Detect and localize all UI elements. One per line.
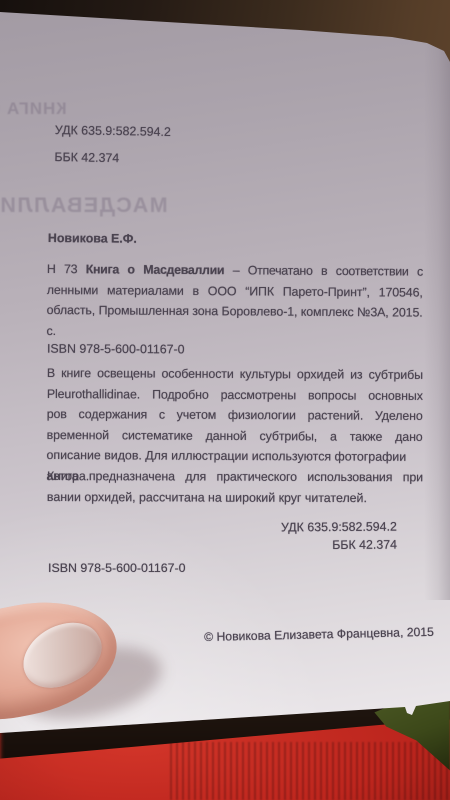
udk-code-bottom: УДК 635.9:582.594.2 — [281, 519, 397, 537]
annotation-line3: ров содержания с учетом физиологии расте… — [47, 404, 423, 426]
catalog-codes-bottom: УДК 635.9:582.594.2 ББК 42.374 — [281, 519, 397, 555]
catalog-entry-line1: Н 73 Книга о Масдеваллии – Отпечатано в … — [47, 259, 423, 282]
catalog-entry-line4: с. — [46, 320, 422, 343]
catalog-entry: Н 73 Книга о Масдеваллии – Отпечатано в … — [46, 259, 423, 344]
catalog-entry-line3: область, Промышленная зона Боровлево-1, … — [47, 300, 423, 323]
photo-scene: КНИГА О МАСДЕВАЛЛИИ УДК 635.9:582.594.2 … — [0, 0, 450, 800]
isbn-top: ISBN 978-5-600-01167-0 — [47, 342, 185, 357]
showthrough-title-line2: МАСДЕВАЛЛИИ — [0, 193, 168, 218]
catalog-entry-line2: ленными материалами в ООО “ИПК Парето-Пр… — [47, 279, 423, 302]
purpose-line2: вании орхидей, рассчитана на широкий кру… — [47, 486, 423, 508]
purpose-line1: Книга предназначена для практического ис… — [47, 466, 423, 488]
catalog-codes-top: УДК 635.9:582.594.2 ББК 42.374 — [54, 123, 171, 166]
annotation-line4: временной систематике данной субтрибы, а… — [47, 424, 423, 446]
annotation-line1: В книге освещены особенности культуры ор… — [47, 363, 423, 385]
page-curl-shading — [424, 40, 450, 600]
author-name: Новикова Е.Ф. — [48, 231, 137, 246]
showthrough-title-line1: КНИГА О — [0, 99, 67, 119]
annotation-line2: Pleurothallidinae. Подробно рассмотрены … — [47, 383, 423, 405]
isbn-bottom: ISBN 978-5-600-01167-0 — [48, 561, 186, 575]
udk-code-top: УДК 635.9:582.594.2 — [55, 123, 171, 139]
annotation-line5: описание видов. Для иллюстрации использу… — [46, 445, 422, 467]
annotation-paragraph: В книге освещены особенности культуры ор… — [46, 363, 423, 467]
bbk-code-top: ББК 42.374 — [54, 150, 170, 166]
bbk-code-bottom: ББК 42.374 — [281, 536, 397, 554]
catalog-code: Н 73 — [47, 262, 77, 276]
purpose-paragraph: Книга предназначена для практического ис… — [47, 466, 423, 508]
book-title: Книга о Масдеваллии — [86, 262, 225, 277]
red-fabric-texture — [170, 742, 450, 800]
